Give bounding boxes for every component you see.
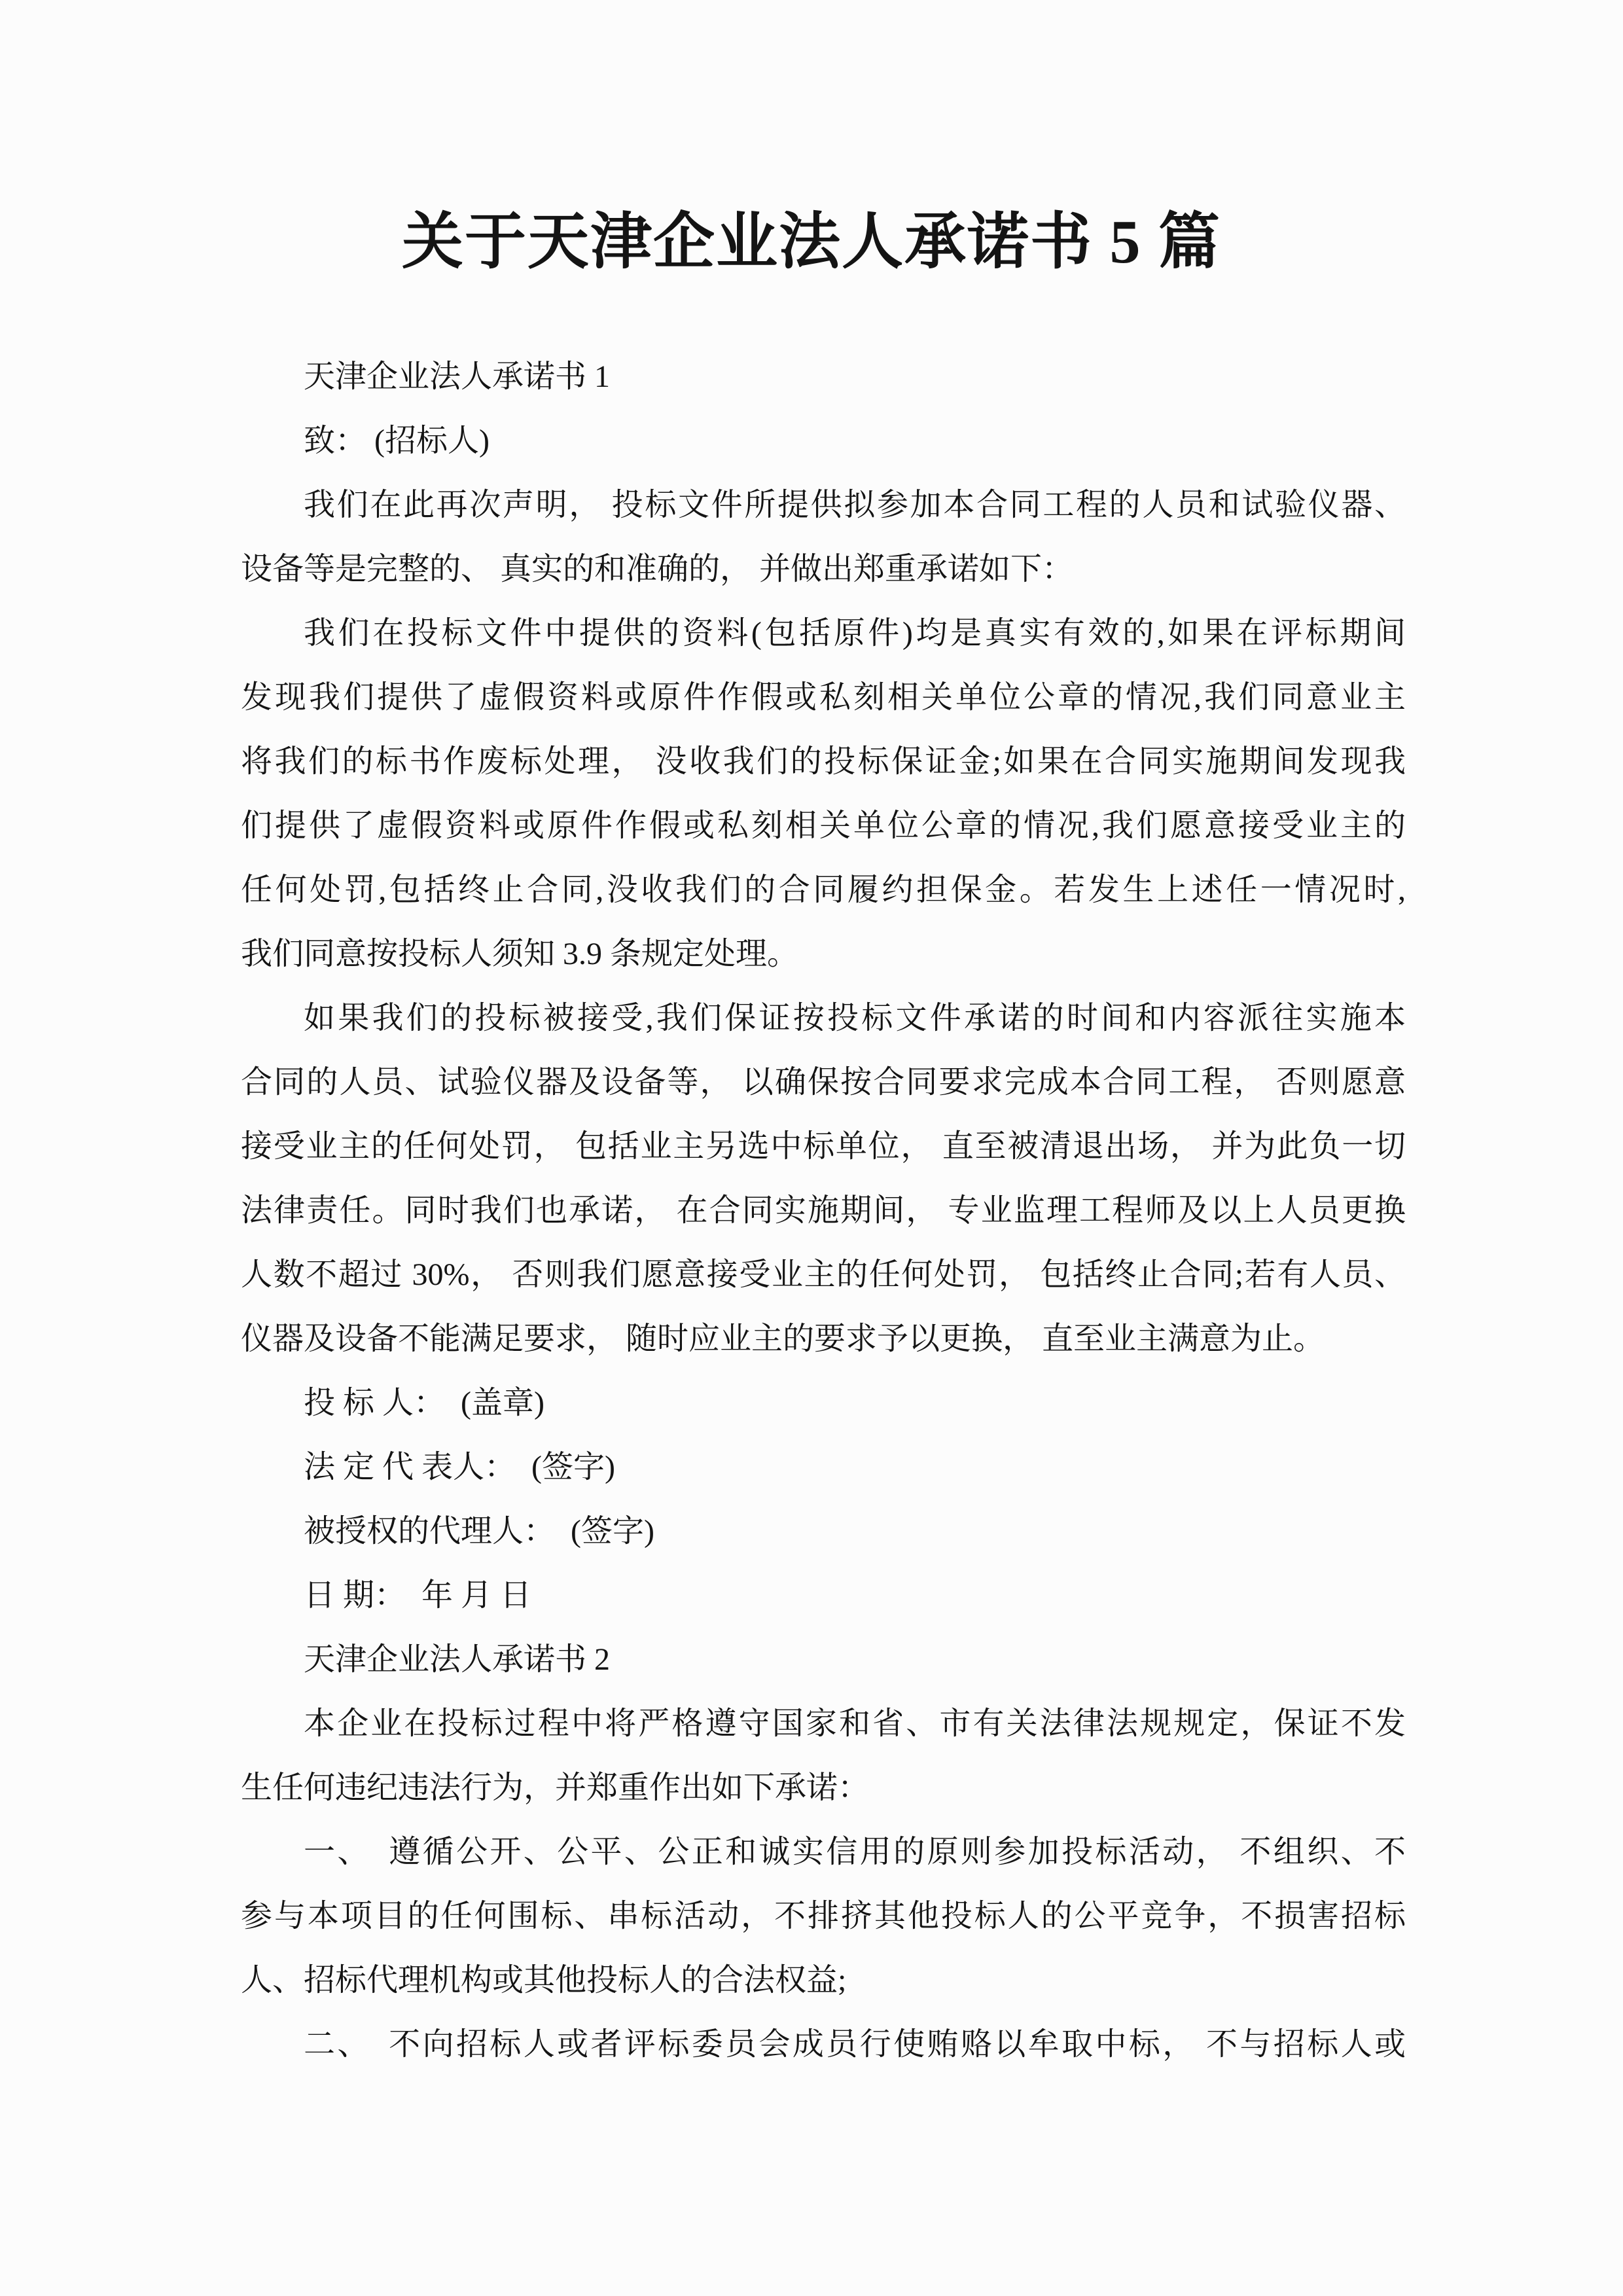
text-line: 人、招标代理机构或其他投标人的合法权益;: [241, 1948, 1406, 2013]
text-line: 发现我们提供了虚假资料或原件作假或私刻相关单位公章的情况,我们同意业主: [241, 666, 1406, 730]
text-line: 合同的人员、试验仪器及设备等， 以确保按合同要求完成本合同工程， 否则愿意: [241, 1050, 1406, 1115]
text-line: 设备等是完整的、 真实的和准确的， 并做出郑重承诺如下：: [241, 537, 1406, 601]
text-line: 我们同意按投标人须知 3.9 条规定处理。: [241, 922, 1406, 986]
text-line: 仪器及设备不能满足要求， 随时应业主的要求予以更换， 直至业主满意为止。: [241, 1307, 1406, 1371]
text-line: 法律责任。同时我们也承诺， 在合同实施期间， 专业监理工程师及以上人员更换: [241, 1179, 1406, 1243]
text-line: 接受业主的任何处罚， 包括业主另选中标单位， 直至被清退出场， 并为此负一切: [241, 1115, 1406, 1179]
text-line: 天津企业法人承诺书 2: [241, 1628, 1406, 1692]
text-line: 被授权的代理人： (签字): [241, 1499, 1406, 1564]
text-line: 我们在投标文件中提供的资料(包括原件)均是真实有效的,如果在评标期间: [241, 601, 1406, 666]
text-line: 将我们的标书作废标处理， 没收我们的投标保证金;如果在合同实施期间发现我: [241, 730, 1406, 794]
document-body: 天津企业法人承诺书 1致： (招标人)我们在此再次声明， 投标文件所提供拟参加本…: [241, 345, 1406, 2077]
text-line: 一、 遵循公开、公平、公正和诚实信用的原则参加投标活动， 不组织、不: [241, 1820, 1406, 1884]
text-line: 如果我们的投标被接受,我们保证按投标文件承诺的时间和内容派往实施本: [241, 986, 1406, 1050]
text-line: 们提供了虚假资料或原件作假或私刻相关单位公章的情况,我们愿意接受业主的: [241, 794, 1406, 858]
document-page: 关于天津企业法人承诺书 5 篇 天津企业法人承诺书 1致： (招标人)我们在此再…: [0, 0, 1623, 2296]
text-line: 法 定 代 表人： (签字): [241, 1435, 1406, 1499]
text-line: 日 期： 年 月 日: [241, 1564, 1406, 1628]
text-line: 投 标 人： (盖章): [241, 1371, 1406, 1435]
text-line: 天津企业法人承诺书 1: [241, 345, 1406, 409]
text-line: 二、 不向招标人或者评标委员会成员行使贿赂以牟取中标， 不与招标人或: [241, 2013, 1406, 2077]
text-line: 人数不超过 30%， 否则我们愿意接受业主的任何处罚， 包括终止合同;若有人员、: [241, 1243, 1406, 1307]
text-line: 参与本项目的任何围标、串标活动，不排挤其他投标人的公平竞争，不损害招标: [241, 1884, 1406, 1948]
text-line: 生任何违纪违法行为，并郑重作出如下承诺：: [241, 1756, 1406, 1820]
text-line: 本企业在投标过程中将严格遵守国家和省、市有关法律法规规定，保证不发: [241, 1692, 1406, 1756]
document-title: 关于天津企业法人承诺书 5 篇: [229, 196, 1394, 288]
text-line: 任何处罚,包括终止合同,没收我们的合同履约担保金。若发生上述任一情况时,: [241, 858, 1406, 922]
text-line: 致： (招标人): [241, 409, 1406, 473]
text-line: 我们在此再次声明， 投标文件所提供拟参加本合同工程的人员和试验仪器、: [241, 473, 1406, 537]
